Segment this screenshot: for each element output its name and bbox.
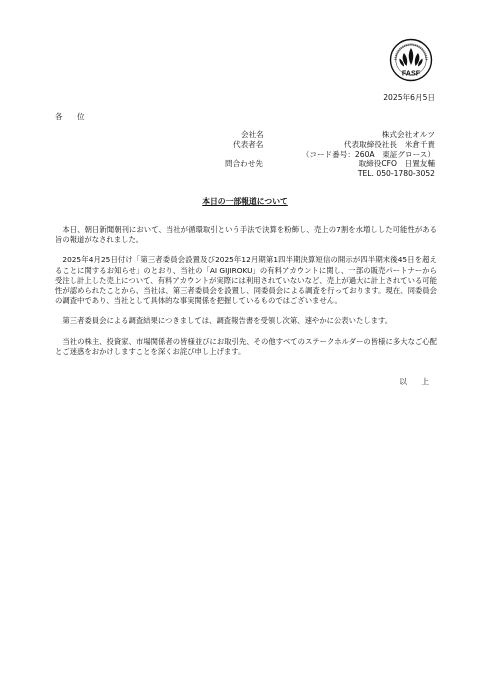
paragraph-apology: 当社の株主、投資家、市場関係者の皆様並びにお取引先、その他すべてのステークホルダ… (55, 337, 437, 357)
paragraph-report: 本日、朝日新聞朝刊において、当社が循環取引という手法で決算を粉飾し、売上の7割を… (55, 225, 437, 245)
contact-value: 取締役CFO 日置友輔 (359, 160, 435, 168)
closing-mark: 以 上 (399, 378, 435, 386)
addressee: 各 位 (55, 113, 91, 121)
stock-code: （コード番号：260A 東証グロース） (302, 151, 435, 159)
representative-value: 代表取締役社長 米倉千貴 (344, 141, 435, 149)
company-label: 会社名 (241, 131, 264, 139)
fasf-logo-icon: FASF (389, 38, 433, 82)
tel-row: TEL. 050-1780-3052 (225, 170, 435, 180)
svg-text:FASF: FASF (402, 69, 421, 78)
company-value: 株式会社オルツ (382, 131, 435, 139)
contact-label: 問合わせ先 (225, 160, 263, 168)
sender-block: 会社名 株式会社オルツ 代表者名 代表取締役社長 米倉千貴 （コード番号：260… (225, 131, 435, 180)
document-date: 2025年6月5日 (383, 94, 435, 102)
paragraph-background: 2025年4月25日付け「第三者委員会設置及び2025年12月期第1四半期決算短… (55, 255, 437, 306)
paragraph-disclosure: 第三者委員会による調査結果につきましては、調査報告書を受領し次第、速やかに公表い… (55, 316, 437, 326)
telephone: TEL. 050-1780-3052 (358, 170, 435, 178)
document-body: 本日、朝日新聞朝刊において、当社が循環取引という手法で決算を粉飾し、売上の7割を… (55, 225, 437, 367)
document-page: FASF 2025年6月5日 各 位 会社名 株式会社オルツ 代表者名 代表取締… (0, 0, 490, 692)
representative-label: 代表者名 (233, 141, 263, 149)
document-title: 本日の一部報道について (0, 198, 490, 206)
